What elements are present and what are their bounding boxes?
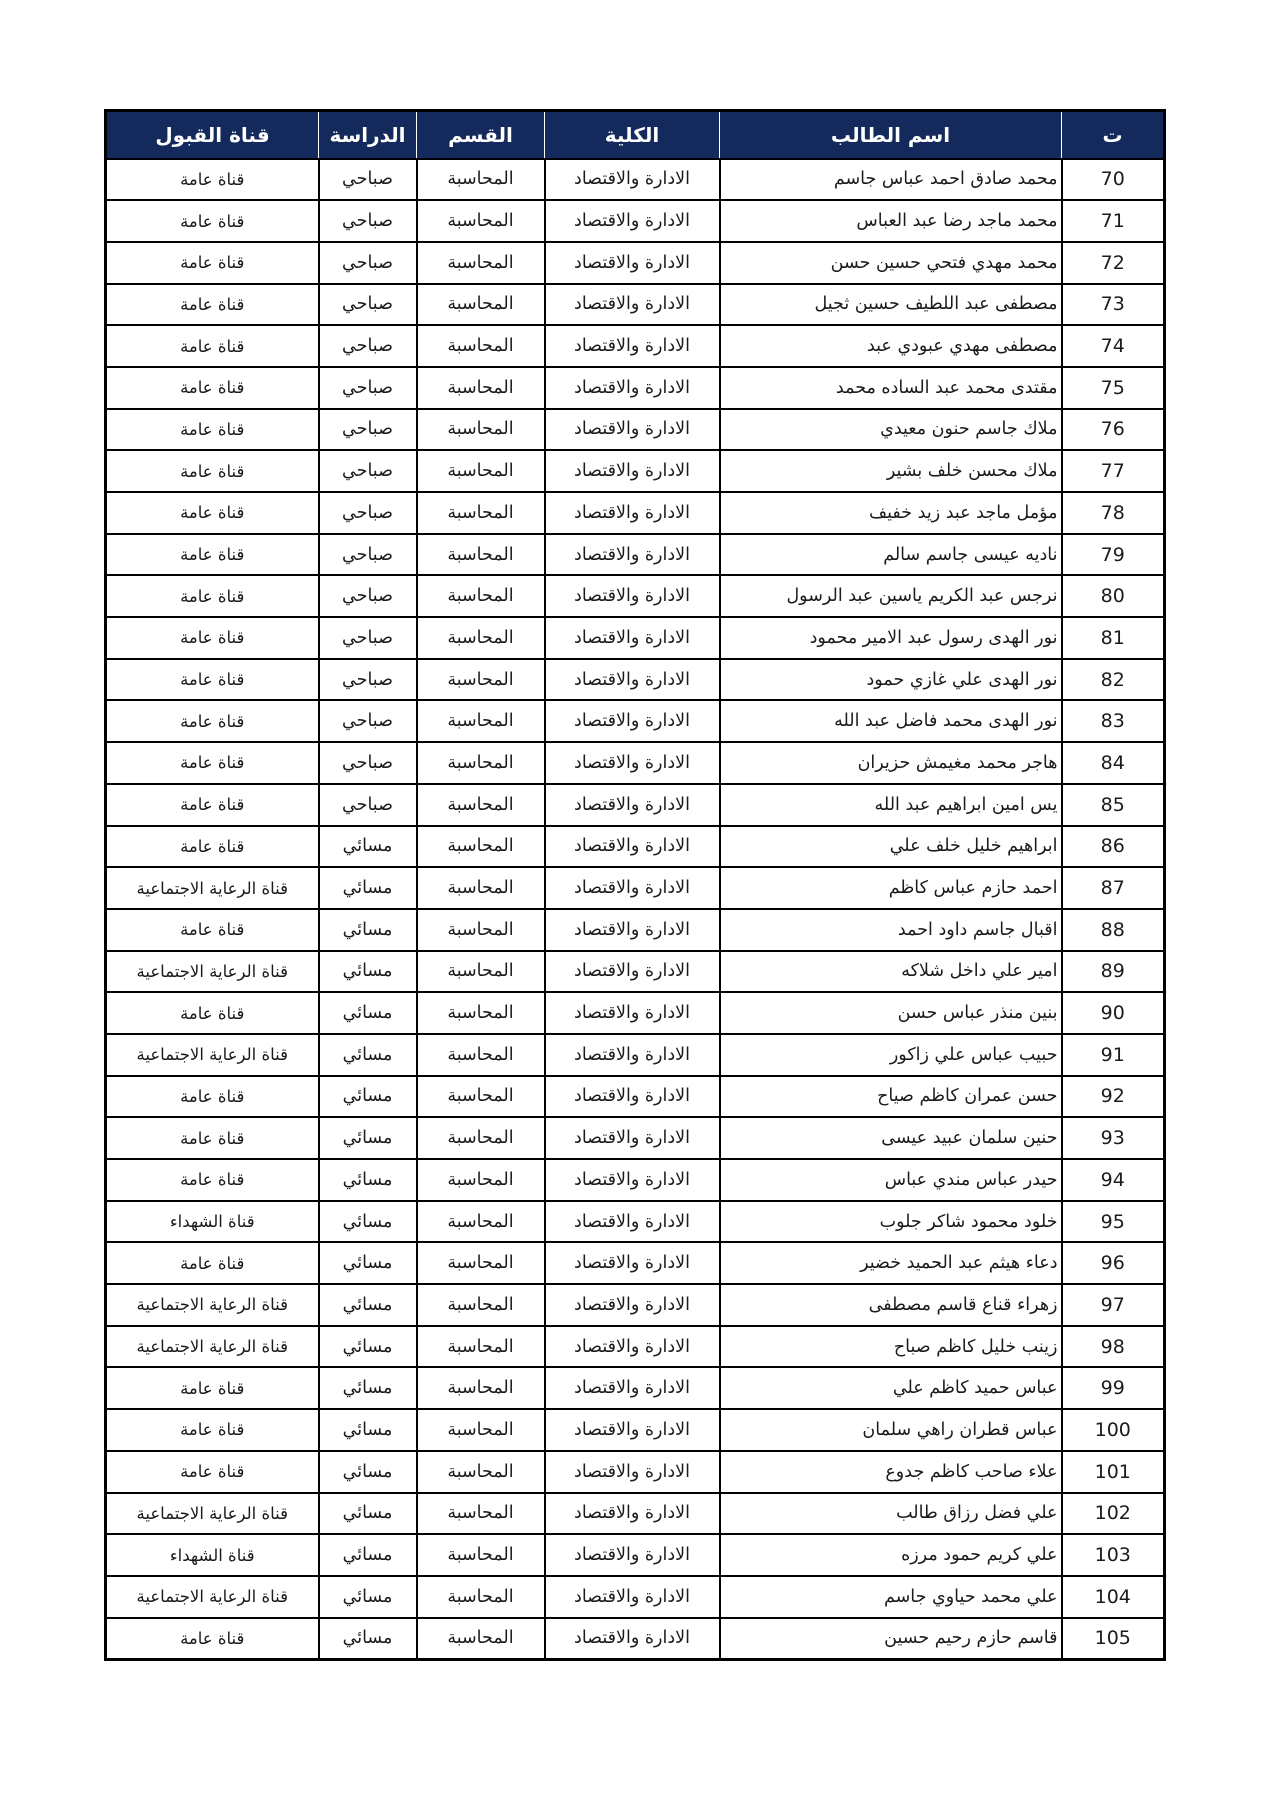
index-cell: 73 (1062, 284, 1165, 326)
channel-cell: قناة الشهداء (106, 1534, 319, 1576)
college-cell: الادارة والاقتصاد (545, 1326, 720, 1368)
study-cell: مسائي (319, 1493, 417, 1535)
study-cell: مسائي (319, 867, 417, 909)
college-cell: الادارة والاقتصاد (545, 1034, 720, 1076)
table-row: 76ملاك جاسم حنون معيديالادارة والاقتصادا… (106, 409, 1165, 451)
index-cell: 86 (1062, 826, 1165, 868)
student-name-cell: ناديه عيسى جاسم سالم (720, 534, 1062, 576)
index-cell: 98 (1062, 1326, 1165, 1368)
table-row: 86ابراهيم خليل خلف عليالادارة والاقتصادا… (106, 826, 1165, 868)
table-row: 83نور الهدى محمد فاضل عبد اللهالادارة وا… (106, 700, 1165, 742)
channel-cell: قناة الرعاية الاجتماعية (106, 1326, 319, 1368)
college-cell: الادارة والاقتصاد (545, 700, 720, 742)
study-cell: مسائي (319, 1618, 417, 1660)
study-cell: صباحي (319, 659, 417, 701)
department-cell: المحاسبة (417, 242, 545, 284)
student-name-cell: نور الهدى علي غازي حمود (720, 659, 1062, 701)
index-cell: 92 (1062, 1076, 1165, 1118)
study-cell: مسائي (319, 951, 417, 993)
department-cell: المحاسبة (417, 1493, 545, 1535)
table-row: 74مصطفى مهدي عبودي عبدالادارة والاقتصادا… (106, 325, 1165, 367)
table-row: 77ملاك محسن خلف بشيرالادارة والاقتصادالم… (106, 450, 1165, 492)
study-cell: صباحي (319, 200, 417, 242)
channel-cell: قناة عامة (106, 492, 319, 534)
department-cell: المحاسبة (417, 325, 545, 367)
college-cell: الادارة والاقتصاد (545, 659, 720, 701)
index-cell: 102 (1062, 1493, 1165, 1535)
college-cell: الادارة والاقتصاد (545, 1618, 720, 1660)
student-name-cell: ملاك جاسم حنون معيدي (720, 409, 1062, 451)
department-cell: المحاسبة (417, 492, 545, 534)
index-cell: 105 (1062, 1618, 1165, 1660)
table-row: 104علي محمد حياوي جاسمالادارة والاقتصادا… (106, 1576, 1165, 1618)
college-cell: الادارة والاقتصاد (545, 1367, 720, 1409)
college-cell: الادارة والاقتصاد (545, 1534, 720, 1576)
department-cell: المحاسبة (417, 1534, 545, 1576)
header-name: اسم الطالب (720, 111, 1062, 159)
college-cell: الادارة والاقتصاد (545, 450, 720, 492)
department-cell: المحاسبة (417, 784, 545, 826)
college-cell: الادارة والاقتصاد (545, 492, 720, 534)
study-cell: مسائي (319, 826, 417, 868)
table-row: 85يس امين ابراهيم عبد اللهالادارة والاقت… (106, 784, 1165, 826)
study-cell: صباحي (319, 534, 417, 576)
student-name-cell: دعاء هيثم عبد الحميد خضير (720, 1242, 1062, 1284)
table-header-row: ت اسم الطالب الكلية القسم الدراسة قناة ا… (106, 111, 1165, 159)
index-cell: 90 (1062, 992, 1165, 1034)
study-cell: مسائي (319, 1534, 417, 1576)
study-cell: صباحي (319, 325, 417, 367)
index-cell: 74 (1062, 325, 1165, 367)
college-cell: الادارة والاقتصاد (545, 909, 720, 951)
index-cell: 100 (1062, 1409, 1165, 1451)
channel-cell: قناة عامة (106, 409, 319, 451)
channel-cell: قناة عامة (106, 534, 319, 576)
college-cell: الادارة والاقتصاد (545, 784, 720, 826)
college-cell: الادارة والاقتصاد (545, 367, 720, 409)
student-name-cell: محمد صادق احمد عباس جاسم (720, 159, 1062, 201)
study-cell: مسائي (319, 1451, 417, 1493)
student-name-cell: زينب خليل كاظم صباح (720, 1326, 1062, 1368)
college-cell: الادارة والاقتصاد (545, 867, 720, 909)
department-cell: المحاسبة (417, 1242, 545, 1284)
student-name-cell: بنين منذر عباس حسن (720, 992, 1062, 1034)
table-row: 105قاسم حازم رحيم حسينالادارة والاقتصادا… (106, 1618, 1165, 1660)
study-cell: مسائي (319, 1576, 417, 1618)
channel-cell: قناة الشهداء (106, 1201, 319, 1243)
department-cell: المحاسبة (417, 1159, 545, 1201)
table-row: 99عباس حميد كاظم عليالادارة والاقتصادالم… (106, 1367, 1165, 1409)
student-name-cell: علي فضل رزاق طالب (720, 1493, 1062, 1535)
student-name-cell: اقبال جاسم داود احمد (720, 909, 1062, 951)
table-row: 78مؤمل ماجد عبد زيد خفيفالادارة والاقتصا… (106, 492, 1165, 534)
study-cell: مسائي (319, 992, 417, 1034)
college-cell: الادارة والاقتصاد (545, 575, 720, 617)
study-cell: صباحي (319, 242, 417, 284)
table-row: 82نور الهدى علي غازي حمودالادارة والاقتص… (106, 659, 1165, 701)
study-cell: مسائي (319, 1326, 417, 1368)
student-admission-table: ت اسم الطالب الكلية القسم الدراسة قناة ا… (104, 109, 1166, 1661)
student-name-cell: عباس قطران راهي سلمان (720, 1409, 1062, 1451)
channel-cell: قناة عامة (106, 242, 319, 284)
study-cell: مسائي (319, 1076, 417, 1118)
student-name-cell: زهراء قناع قاسم مصطفى (720, 1284, 1062, 1326)
index-cell: 80 (1062, 575, 1165, 617)
student-name-cell: هاجر محمد مغيمش حزيران (720, 742, 1062, 784)
index-cell: 91 (1062, 1034, 1165, 1076)
index-cell: 79 (1062, 534, 1165, 576)
table-row: 96دعاء هيثم عبد الحميد خضيرالادارة والاق… (106, 1242, 1165, 1284)
index-cell: 95 (1062, 1201, 1165, 1243)
student-name-cell: نرجس عبد الكريم ياسين عبد الرسول (720, 575, 1062, 617)
index-cell: 99 (1062, 1367, 1165, 1409)
college-cell: الادارة والاقتصاد (545, 159, 720, 201)
department-cell: المحاسبة (417, 1576, 545, 1618)
index-cell: 70 (1062, 159, 1165, 201)
student-name-cell: نور الهدى محمد فاضل عبد الله (720, 700, 1062, 742)
channel-cell: قناة عامة (106, 1367, 319, 1409)
table-row: 84هاجر محمد مغيمش حزيرانالادارة والاقتصا… (106, 742, 1165, 784)
student-name-cell: حبيب عباس علي زاكور (720, 1034, 1062, 1076)
student-name-cell: قاسم حازم رحيم حسين (720, 1618, 1062, 1660)
table-row: 93حنين سلمان عبيد عيسىالادارة والاقتصادا… (106, 1117, 1165, 1159)
department-cell: المحاسبة (417, 1367, 545, 1409)
college-cell: الادارة والاقتصاد (545, 534, 720, 576)
channel-cell: قناة عامة (106, 826, 319, 868)
college-cell: الادارة والاقتصاد (545, 742, 720, 784)
table-row: 71محمد ماجد رضا عبد العباسالادارة والاقت… (106, 200, 1165, 242)
department-cell: المحاسبة (417, 1034, 545, 1076)
header-study: الدراسة (319, 111, 417, 159)
index-cell: 81 (1062, 617, 1165, 659)
study-cell: مسائي (319, 1117, 417, 1159)
channel-cell: قناة عامة (106, 1409, 319, 1451)
study-cell: صباحي (319, 784, 417, 826)
department-cell: المحاسبة (417, 200, 545, 242)
channel-cell: قناة عامة (106, 159, 319, 201)
channel-cell: قناة عامة (106, 575, 319, 617)
department-cell: المحاسبة (417, 534, 545, 576)
department-cell: المحاسبة (417, 742, 545, 784)
student-name-cell: احمد حازم عباس كاظم (720, 867, 1062, 909)
student-name-cell: علي كريم حمود مرزه (720, 1534, 1062, 1576)
student-name-cell: حنين سلمان عبيد عيسى (720, 1117, 1062, 1159)
index-cell: 104 (1062, 1576, 1165, 1618)
college-cell: الادارة والاقتصاد (545, 1201, 720, 1243)
student-name-cell: علاء صاحب كاظم جدوع (720, 1451, 1062, 1493)
department-cell: المحاسبة (417, 1451, 545, 1493)
table-row: 102علي فضل رزاق طالبالادارة والاقتصادالم… (106, 1493, 1165, 1535)
college-cell: الادارة والاقتصاد (545, 1409, 720, 1451)
study-cell: صباحي (319, 367, 417, 409)
table-row: 91حبيب عباس علي زاكورالادارة والاقتصادال… (106, 1034, 1165, 1076)
study-cell: مسائي (319, 909, 417, 951)
header-channel: قناة القبول (106, 111, 319, 159)
table-row: 80نرجس عبد الكريم ياسين عبد الرسولالادار… (106, 575, 1165, 617)
table-row: 70محمد صادق احمد عباس جاسمالادارة والاقت… (106, 159, 1165, 201)
channel-cell: قناة عامة (106, 784, 319, 826)
index-cell: 82 (1062, 659, 1165, 701)
student-name-cell: امير علي داخل شلاكه (720, 951, 1062, 993)
table-row: 98زينب خليل كاظم صباحالادارة والاقتصادال… (106, 1326, 1165, 1368)
study-cell: صباحي (319, 742, 417, 784)
student-name-cell: علي محمد حياوي جاسم (720, 1576, 1062, 1618)
student-name-cell: ابراهيم خليل خلف علي (720, 826, 1062, 868)
study-cell: صباحي (319, 450, 417, 492)
study-cell: مسائي (319, 1034, 417, 1076)
channel-cell: قناة عامة (106, 1117, 319, 1159)
document-page: ت اسم الطالب الكلية القسم الدراسة قناة ا… (0, 0, 1273, 1800)
college-cell: الادارة والاقتصاد (545, 1493, 720, 1535)
student-name-cell: مصطفى عبد اللطيف حسين ثجيل (720, 284, 1062, 326)
student-name-cell: يس امين ابراهيم عبد الله (720, 784, 1062, 826)
department-cell: المحاسبة (417, 617, 545, 659)
channel-cell: قناة عامة (106, 700, 319, 742)
table-row: 101علاء صاحب كاظم جدوعالادارة والاقتصادا… (106, 1451, 1165, 1493)
index-cell: 77 (1062, 450, 1165, 492)
table-row: 87احمد حازم عباس كاظمالادارة والاقتصادال… (106, 867, 1165, 909)
department-cell: المحاسبة (417, 1409, 545, 1451)
student-name-cell: مصطفى مهدي عبودي عبد (720, 325, 1062, 367)
department-cell: المحاسبة (417, 700, 545, 742)
table-row: 72محمد مهدي فتحي حسين حسنالادارة والاقتص… (106, 242, 1165, 284)
department-cell: المحاسبة (417, 1618, 545, 1660)
college-cell: الادارة والاقتصاد (545, 242, 720, 284)
college-cell: الادارة والاقتصاد (545, 1576, 720, 1618)
college-cell: الادارة والاقتصاد (545, 325, 720, 367)
channel-cell: قناة عامة (106, 617, 319, 659)
study-cell: صباحي (319, 159, 417, 201)
college-cell: الادارة والاقتصاد (545, 951, 720, 993)
channel-cell: قناة الرعاية الاجتماعية (106, 1034, 319, 1076)
index-cell: 93 (1062, 1117, 1165, 1159)
department-cell: المحاسبة (417, 951, 545, 993)
index-cell: 88 (1062, 909, 1165, 951)
channel-cell: قناة عامة (106, 742, 319, 784)
college-cell: الادارة والاقتصاد (545, 826, 720, 868)
table-row: 90بنين منذر عباس حسنالادارة والاقتصادالم… (106, 992, 1165, 1034)
study-cell: صباحي (319, 700, 417, 742)
header-college: الكلية (545, 111, 720, 159)
table-body: 70محمد صادق احمد عباس جاسمالادارة والاقت… (106, 159, 1165, 1660)
index-cell: 83 (1062, 700, 1165, 742)
index-cell: 84 (1062, 742, 1165, 784)
index-cell: 75 (1062, 367, 1165, 409)
department-cell: المحاسبة (417, 409, 545, 451)
college-cell: الادارة والاقتصاد (545, 200, 720, 242)
student-name-cell: محمد مهدي فتحي حسين حسن (720, 242, 1062, 284)
channel-cell: قناة عامة (106, 450, 319, 492)
index-cell: 72 (1062, 242, 1165, 284)
channel-cell: قناة عامة (106, 1451, 319, 1493)
header-department: القسم (417, 111, 545, 159)
student-name-cell: مؤمل ماجد عبد زيد خفيف (720, 492, 1062, 534)
department-cell: المحاسبة (417, 575, 545, 617)
study-cell: صباحي (319, 492, 417, 534)
college-cell: الادارة والاقتصاد (545, 1117, 720, 1159)
department-cell: المحاسبة (417, 159, 545, 201)
channel-cell: قناة عامة (106, 1242, 319, 1284)
department-cell: المحاسبة (417, 1284, 545, 1326)
channel-cell: قناة عامة (106, 659, 319, 701)
department-cell: المحاسبة (417, 826, 545, 868)
table-row: 92حسن عمران كاظم صياحالادارة والاقتصادال… (106, 1076, 1165, 1118)
department-cell: المحاسبة (417, 1076, 545, 1118)
channel-cell: قناة عامة (106, 325, 319, 367)
table-row: 79ناديه عيسى جاسم سالمالادارة والاقتصادا… (106, 534, 1165, 576)
header-index: ت (1062, 111, 1165, 159)
study-cell: مسائي (319, 1242, 417, 1284)
student-name-cell: محمد ماجد رضا عبد العباس (720, 200, 1062, 242)
index-cell: 101 (1062, 1451, 1165, 1493)
student-name-cell: نور الهدى رسول عبد الامير محمود (720, 617, 1062, 659)
college-cell: الادارة والاقتصاد (545, 617, 720, 659)
college-cell: الادارة والاقتصاد (545, 992, 720, 1034)
channel-cell: قناة الرعاية الاجتماعية (106, 1284, 319, 1326)
college-cell: الادارة والاقتصاد (545, 1076, 720, 1118)
index-cell: 71 (1062, 200, 1165, 242)
index-cell: 85 (1062, 784, 1165, 826)
channel-cell: قناة الرعاية الاجتماعية (106, 1576, 319, 1618)
channel-cell: قناة عامة (106, 200, 319, 242)
department-cell: المحاسبة (417, 909, 545, 951)
table-row: 81نور الهدى رسول عبد الامير محمودالادارة… (106, 617, 1165, 659)
channel-cell: قناة عامة (106, 367, 319, 409)
study-cell: مسائي (319, 1284, 417, 1326)
student-name-cell: ملاك محسن خلف بشير (720, 450, 1062, 492)
index-cell: 78 (1062, 492, 1165, 534)
index-cell: 94 (1062, 1159, 1165, 1201)
study-cell: مسائي (319, 1159, 417, 1201)
channel-cell: قناة عامة (106, 1618, 319, 1660)
index-cell: 76 (1062, 409, 1165, 451)
table-row: 89امير علي داخل شلاكهالادارة والاقتصادال… (106, 951, 1165, 993)
student-name-cell: خلود محمود شاكر جلوب (720, 1201, 1062, 1243)
student-name-cell: مقتدى محمد عبد الساده محمد (720, 367, 1062, 409)
department-cell: المحاسبة (417, 867, 545, 909)
college-cell: الادارة والاقتصاد (545, 409, 720, 451)
college-cell: الادارة والاقتصاد (545, 1451, 720, 1493)
channel-cell: قناة الرعاية الاجتماعية (106, 1493, 319, 1535)
department-cell: المحاسبة (417, 659, 545, 701)
index-cell: 97 (1062, 1284, 1165, 1326)
college-cell: الادارة والاقتصاد (545, 284, 720, 326)
department-cell: المحاسبة (417, 1117, 545, 1159)
index-cell: 103 (1062, 1534, 1165, 1576)
table-row: 73مصطفى عبد اللطيف حسين ثجيلالادارة والا… (106, 284, 1165, 326)
table-row: 75مقتدى محمد عبد الساده محمدالادارة والا… (106, 367, 1165, 409)
channel-cell: قناة عامة (106, 992, 319, 1034)
department-cell: المحاسبة (417, 450, 545, 492)
table-row: 94حيدر عباس مندي عباسالادارة والاقتصادال… (106, 1159, 1165, 1201)
study-cell: مسائي (319, 1367, 417, 1409)
study-cell: صباحي (319, 575, 417, 617)
table-row: 103علي كريم حمود مرزهالادارة والاقتصادال… (106, 1534, 1165, 1576)
index-cell: 96 (1062, 1242, 1165, 1284)
table-row: 97زهراء قناع قاسم مصطفىالادارة والاقتصاد… (106, 1284, 1165, 1326)
table-row: 95خلود محمود شاكر جلوبالادارة والاقتصادا… (106, 1201, 1165, 1243)
channel-cell: قناة الرعاية الاجتماعية (106, 867, 319, 909)
student-name-cell: عباس حميد كاظم علي (720, 1367, 1062, 1409)
student-name-cell: حسن عمران كاظم صياح (720, 1076, 1062, 1118)
table-row: 100عباس قطران راهي سلمانالادارة والاقتصا… (106, 1409, 1165, 1451)
study-cell: صباحي (319, 284, 417, 326)
college-cell: الادارة والاقتصاد (545, 1284, 720, 1326)
channel-cell: قناة عامة (106, 909, 319, 951)
study-cell: مسائي (319, 1409, 417, 1451)
channel-cell: قناة عامة (106, 284, 319, 326)
student-name-cell: حيدر عباس مندي عباس (720, 1159, 1062, 1201)
study-cell: مسائي (319, 1201, 417, 1243)
department-cell: المحاسبة (417, 1201, 545, 1243)
department-cell: المحاسبة (417, 367, 545, 409)
index-cell: 87 (1062, 867, 1165, 909)
department-cell: المحاسبة (417, 1326, 545, 1368)
channel-cell: قناة عامة (106, 1159, 319, 1201)
college-cell: الادارة والاقتصاد (545, 1242, 720, 1284)
study-cell: صباحي (319, 409, 417, 451)
channel-cell: قناة عامة (106, 1076, 319, 1118)
channel-cell: قناة الرعاية الاجتماعية (106, 951, 319, 993)
college-cell: الادارة والاقتصاد (545, 1159, 720, 1201)
index-cell: 89 (1062, 951, 1165, 993)
department-cell: المحاسبة (417, 992, 545, 1034)
table-row: 88اقبال جاسم داود احمدالادارة والاقتصادا… (106, 909, 1165, 951)
study-cell: صباحي (319, 617, 417, 659)
department-cell: المحاسبة (417, 284, 545, 326)
